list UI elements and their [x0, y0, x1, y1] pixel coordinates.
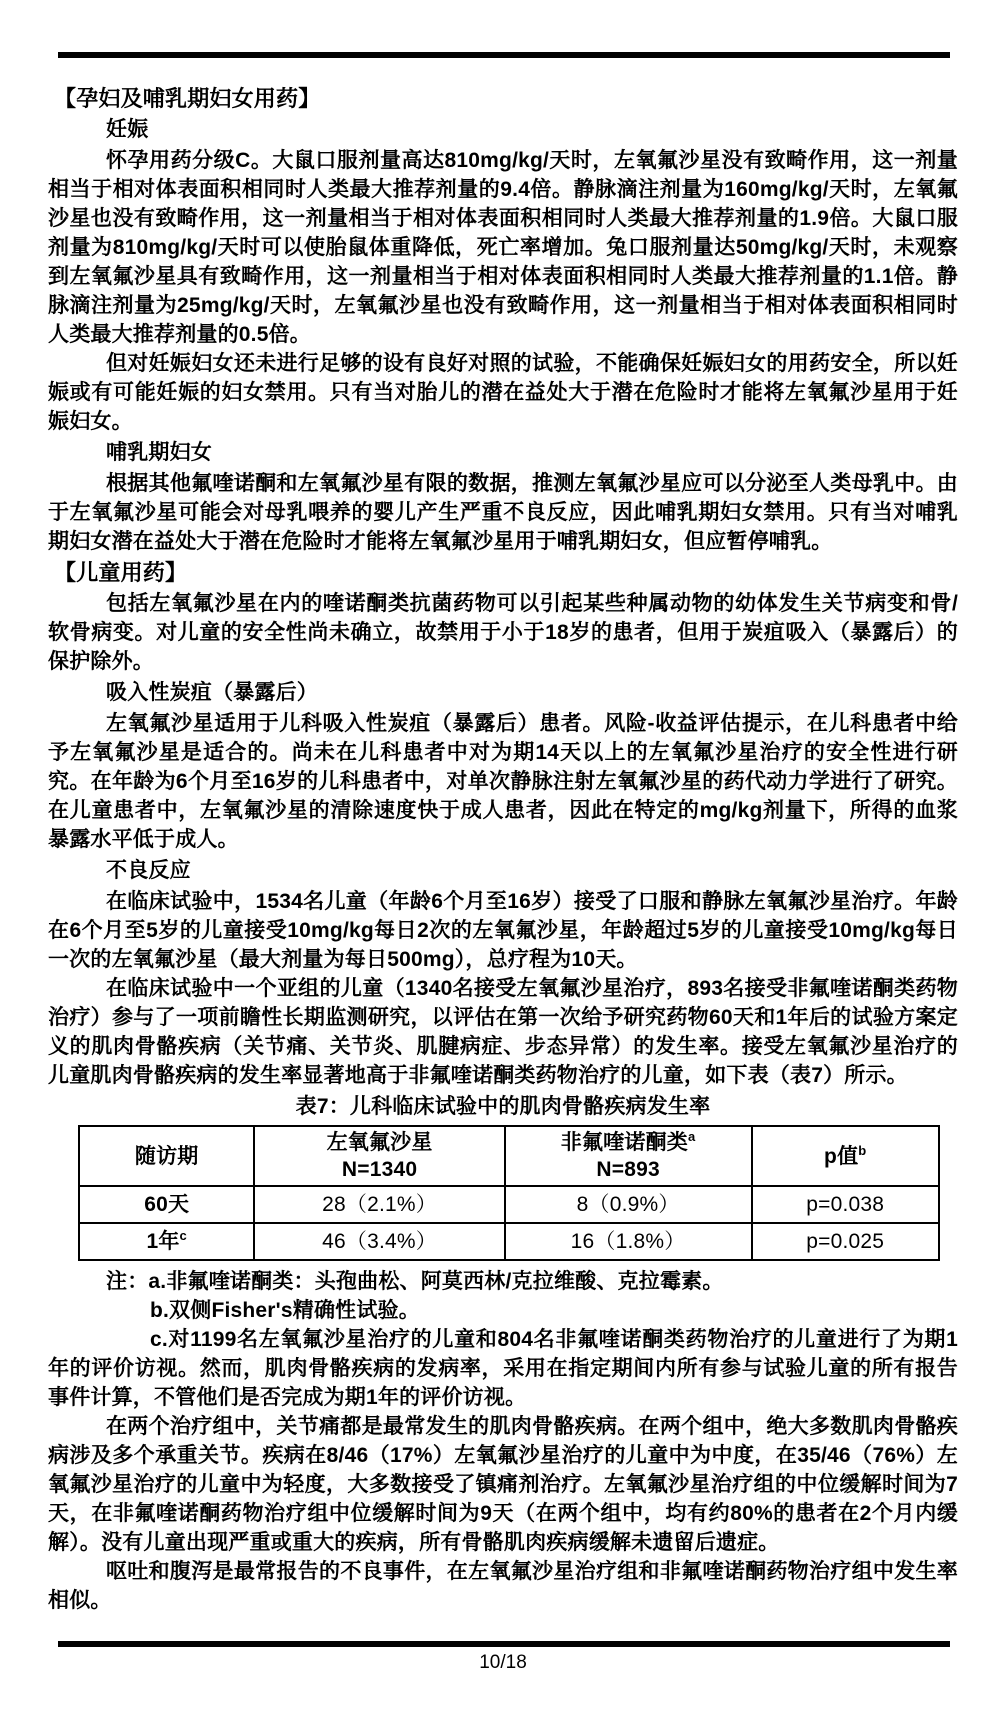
bottom-border-rule — [58, 1641, 950, 1647]
table7-header-row: 随访期 左氧氟沙星 N=1340 非氟喹诺酮类a N=893 p值b — [79, 1126, 939, 1186]
table7-cell-levo-1year: 46（3.4%） — [254, 1223, 504, 1260]
section-title-pregnancy-nursing: 【孕妇及哺乳期妇女用药】 — [54, 84, 958, 113]
table7-header-nonfluoroquinolone-n: N=893 — [510, 1156, 747, 1183]
table7-cell-pvalue-60days: p=0.038 — [752, 1186, 940, 1223]
footnote-marker-b: b — [858, 1143, 866, 1158]
paragraph-pregnancy-2: 但对妊娠妇女还未进行足够的设有良好对照的试验，不能确保妊娠妇女的用药安全，所以妊… — [48, 349, 958, 436]
paragraph-adverse-2: 在临床试验中一个亚组的儿童（1340名接受左氧氟沙星治疗，893名接受非氟喹诺酮… — [48, 974, 958, 1090]
document-page: 【孕妇及哺乳期妇女用药】 妊娠 怀孕用药分级C。大鼠口服剂量高达810mg/kg… — [0, 0, 1006, 1719]
table7-cell-period-1year: 1年c — [79, 1223, 254, 1260]
subheading-nursing: 哺乳期妇女 — [106, 438, 958, 467]
table7: 随访期 左氧氟沙星 N=1340 非氟喹诺酮类a N=893 p值b 60天 2… — [78, 1125, 940, 1261]
subheading-inhalational-anthrax: 吸入性炭疽（暴露后） — [106, 678, 958, 707]
table7-title: 表7：儿科临床试验中的肌肉骨骼疾病发生率 — [48, 1092, 958, 1121]
paragraph-nursing: 根据其他氟喹诺酮和左氧氟沙星有限的数据，推测左氧氟沙星应可以分泌至人类母乳中。由… — [48, 469, 958, 556]
table7-cell-levo-60days: 28（2.1%） — [254, 1186, 504, 1223]
table7-cell-period-60days: 60天 — [79, 1186, 254, 1223]
footnote-marker-c: c — [180, 1228, 187, 1243]
table7-cell-nonfluo-1year: 16（1.8%） — [505, 1223, 752, 1260]
subheading-adverse-reactions: 不良反应 — [106, 856, 958, 885]
table7-row-1year: 1年c 46（3.4%） 16（1.8%） p=0.025 — [79, 1223, 939, 1260]
section-title-pediatric: 【儿童用药】 — [54, 558, 958, 587]
page-number: 10/18 — [0, 1652, 1006, 1674]
paragraph-pediatric-1: 包括左氧氟沙星在内的喹诺酮类抗菌药物可以引起某些种属动物的幼体发生关节病变和骨/… — [48, 589, 958, 676]
table7-row-60days: 60天 28（2.1%） 8（0.9%） p=0.038 — [79, 1186, 939, 1223]
footnote-marker-a: a — [688, 1129, 695, 1144]
paragraph-adverse-1: 在临床试验中，1534名儿童（年龄6个月至16岁）接受了口服和静脉左氧氟沙星治疗… — [48, 887, 958, 974]
paragraph-closing-1: 在两个治疗组中，关节痛都是最常发生的肌肉骨骼疾病。在两个组中，绝大多数肌肉骨骼疾… — [48, 1412, 958, 1557]
footnote-a: 注：a.非氟喹诺酮类：头孢曲松、阿莫西林/克拉维酸、克拉霉素。 — [48, 1267, 958, 1296]
table7-header-levofloxacin-name: 左氧氟沙星 — [259, 1129, 499, 1156]
paragraph-pregnancy-1: 怀孕用药分级C。大鼠口服剂量高达810mg/kg/天时，左氧氟沙星没有致畸作用，… — [48, 146, 958, 349]
table7-header-nonfluoroquinolone-name: 非氟喹诺酮类a — [510, 1129, 747, 1156]
table7-header-followup: 随访期 — [79, 1126, 254, 1186]
table7-header-levofloxacin: 左氧氟沙星 N=1340 — [254, 1126, 504, 1186]
footnote-b: b.双侧Fisher's精确性试验。 — [48, 1296, 958, 1325]
table7-header-levofloxacin-n: N=1340 — [259, 1156, 499, 1183]
document-body: 【孕妇及哺乳期妇女用药】 妊娠 怀孕用药分级C。大鼠口服剂量高达810mg/kg… — [48, 82, 958, 1615]
top-border-rule — [58, 52, 950, 58]
table7-cell-nonfluo-60days: 8（0.9%） — [505, 1186, 752, 1223]
table7-header-nonfluoroquinolone: 非氟喹诺酮类a N=893 — [505, 1126, 752, 1186]
paragraph-closing-2: 呕吐和腹泻是最常报告的不良事件，在左氧氟沙星治疗组和非氟喹诺酮药物治疗组中发生率… — [48, 1557, 958, 1615]
subheading-pregnancy: 妊娠 — [106, 115, 958, 144]
paragraph-anthrax: 左氧氟沙星适用于儿科吸入性炭疽（暴露后）患者。风险-收益评估提示，在儿科患者中给… — [48, 709, 958, 854]
footnote-c: c.对1199名左氧氟沙星治疗的儿童和804名非氟喹诺酮类药物治疗的儿童进行了为… — [48, 1325, 958, 1412]
table7-cell-pvalue-1year: p=0.025 — [752, 1223, 940, 1260]
table7-header-pvalue: p值b — [752, 1126, 940, 1186]
